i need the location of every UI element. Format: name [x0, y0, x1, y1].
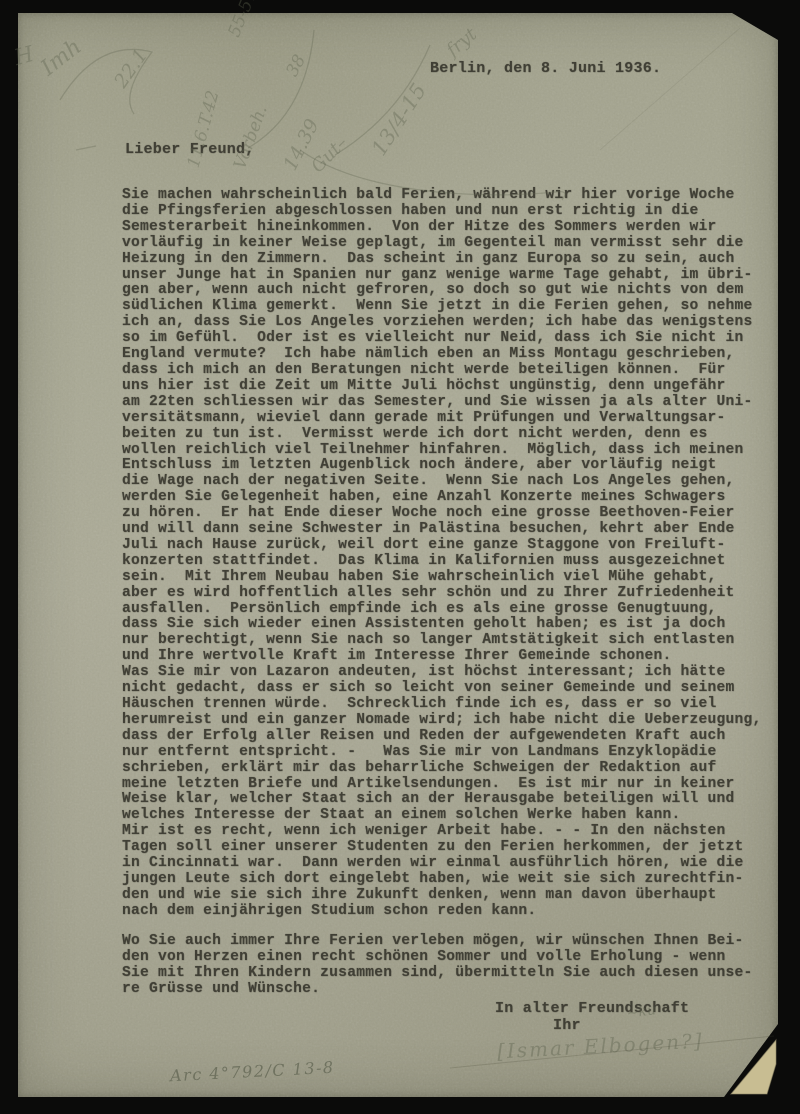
signature-line: Ihr — [553, 1017, 581, 1034]
salutation: Lieber Freund, — [125, 141, 255, 158]
signoff-line: In alter Freundschaft — [495, 1000, 689, 1017]
letter-closing-paragraph: Wo Sie auch immer Ihre Ferien verleben m… — [122, 934, 753, 998]
scan-photo-background: Berlin, den 8. Juni 1936. Lieber Freund,… — [0, 0, 800, 1114]
date-line: Berlin, den 8. Juni 1936. — [430, 60, 661, 77]
letter-body: Sie machen wahrscheinlich bald Ferien, w… — [122, 188, 762, 920]
